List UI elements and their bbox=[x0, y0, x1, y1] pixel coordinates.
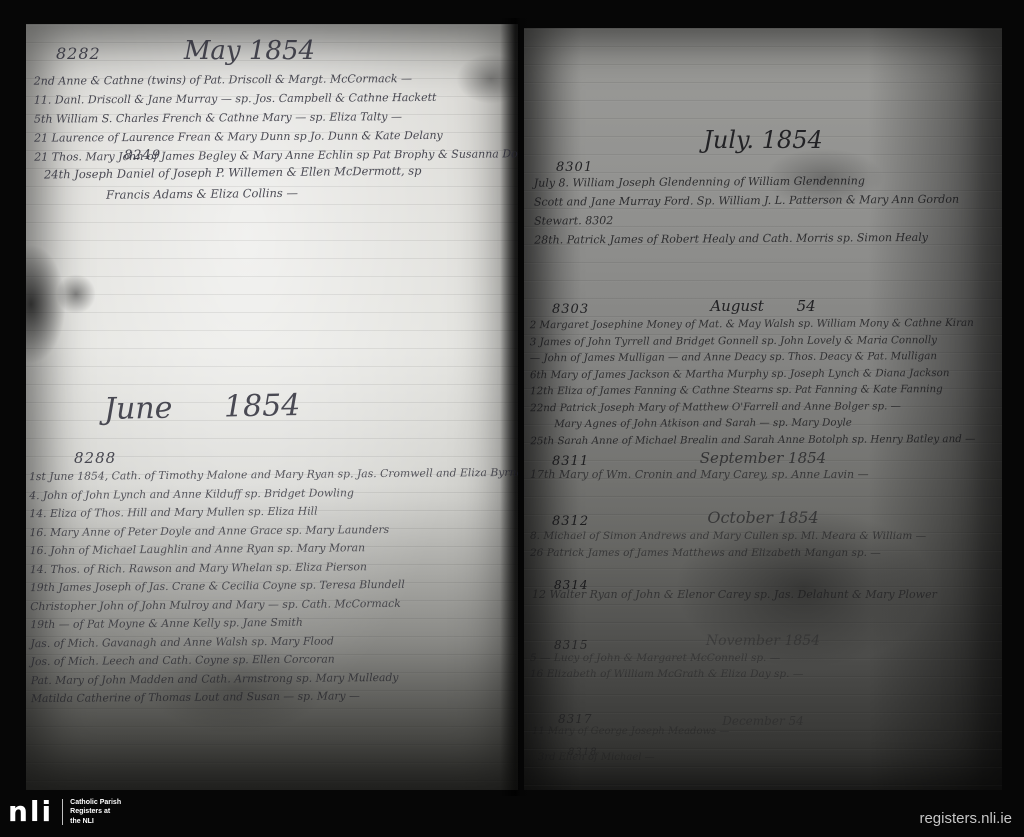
register-entry: 17th Mary of Wm. Cronin and Mary Carey, … bbox=[530, 468, 998, 481]
month-header-june: June 1854 bbox=[104, 388, 301, 427]
logo-label: Catholic Parish Registers at the NLI bbox=[70, 798, 121, 826]
month-header-september: September 1854 bbox=[700, 449, 826, 467]
register-entry: 12th Eliza of James Fanning & Cathne Ste… bbox=[530, 381, 998, 400]
site-watermark: registers.nli.ie bbox=[919, 810, 1012, 827]
logo-label-line: the NLI bbox=[70, 817, 121, 826]
month-header-august: August 54 bbox=[710, 297, 815, 315]
nli-logo-lockup: nli Catholic Parish Registers at the NLI bbox=[8, 798, 121, 826]
register-entry: 11 Mary of George Joseph Meadows — bbox=[532, 726, 998, 737]
record-number: 8249 bbox=[124, 148, 161, 163]
month-header-november: November 1854 bbox=[706, 633, 820, 649]
record-number: 8282 bbox=[56, 44, 101, 63]
left-page: 8282 May 1854 2nd Anne & Cathne (twins) … bbox=[26, 24, 518, 790]
register-entry: 16 Elizabeth of William McGrath & Eliza … bbox=[530, 666, 998, 682]
stain bbox=[56, 274, 96, 314]
right-page: July. 1854 8301 July 8. William Joseph G… bbox=[524, 28, 1002, 790]
logo-divider bbox=[62, 799, 63, 825]
month-header-july: July. 1854 bbox=[703, 126, 822, 154]
register-entry: 8. Michael of Simon Andrews and Mary Cul… bbox=[530, 528, 998, 545]
month-header-may: May 1854 bbox=[184, 36, 315, 66]
logo-label-line: Catholic Parish bbox=[70, 798, 121, 807]
register-entry: 12 Walter Ryan of John & Elenor Carey sp… bbox=[532, 588, 998, 601]
register-entry: 28th. Patrick James of Robert Healy and … bbox=[534, 227, 996, 249]
register-entry: Scott and Jane Murray Ford. Sp. William … bbox=[534, 189, 996, 211]
register-entry: 2 Margaret Josephine Money of Mat. & May… bbox=[530, 315, 998, 334]
nli-logo: nli bbox=[8, 798, 53, 826]
register-entry: 5 — Lucy of John & Margaret McConnell sp… bbox=[530, 650, 998, 666]
register-entry: 3rd Ellen of Michael — bbox=[538, 752, 998, 763]
register-entry: 25th Sarah Anne of Michael Brealin and S… bbox=[530, 430, 998, 449]
register-entry: Matilda Catherine of Thomas Lout and Sus… bbox=[31, 686, 517, 709]
register-entry: Francis Adams & Eliza Collins — bbox=[106, 181, 514, 206]
stain bbox=[26, 244, 66, 364]
register-entry: — John of James Mulligan — and Anne Deac… bbox=[530, 348, 998, 367]
month-header-october: October 1854 bbox=[707, 508, 818, 527]
record-number: 8288 bbox=[74, 449, 116, 467]
register-scan: 8282 May 1854 2nd Anne & Cathne (twins) … bbox=[0, 0, 1024, 837]
logo-label-line: Registers at bbox=[70, 807, 121, 816]
register-entry: 26 Patrick James of James Matthews and E… bbox=[530, 545, 998, 562]
